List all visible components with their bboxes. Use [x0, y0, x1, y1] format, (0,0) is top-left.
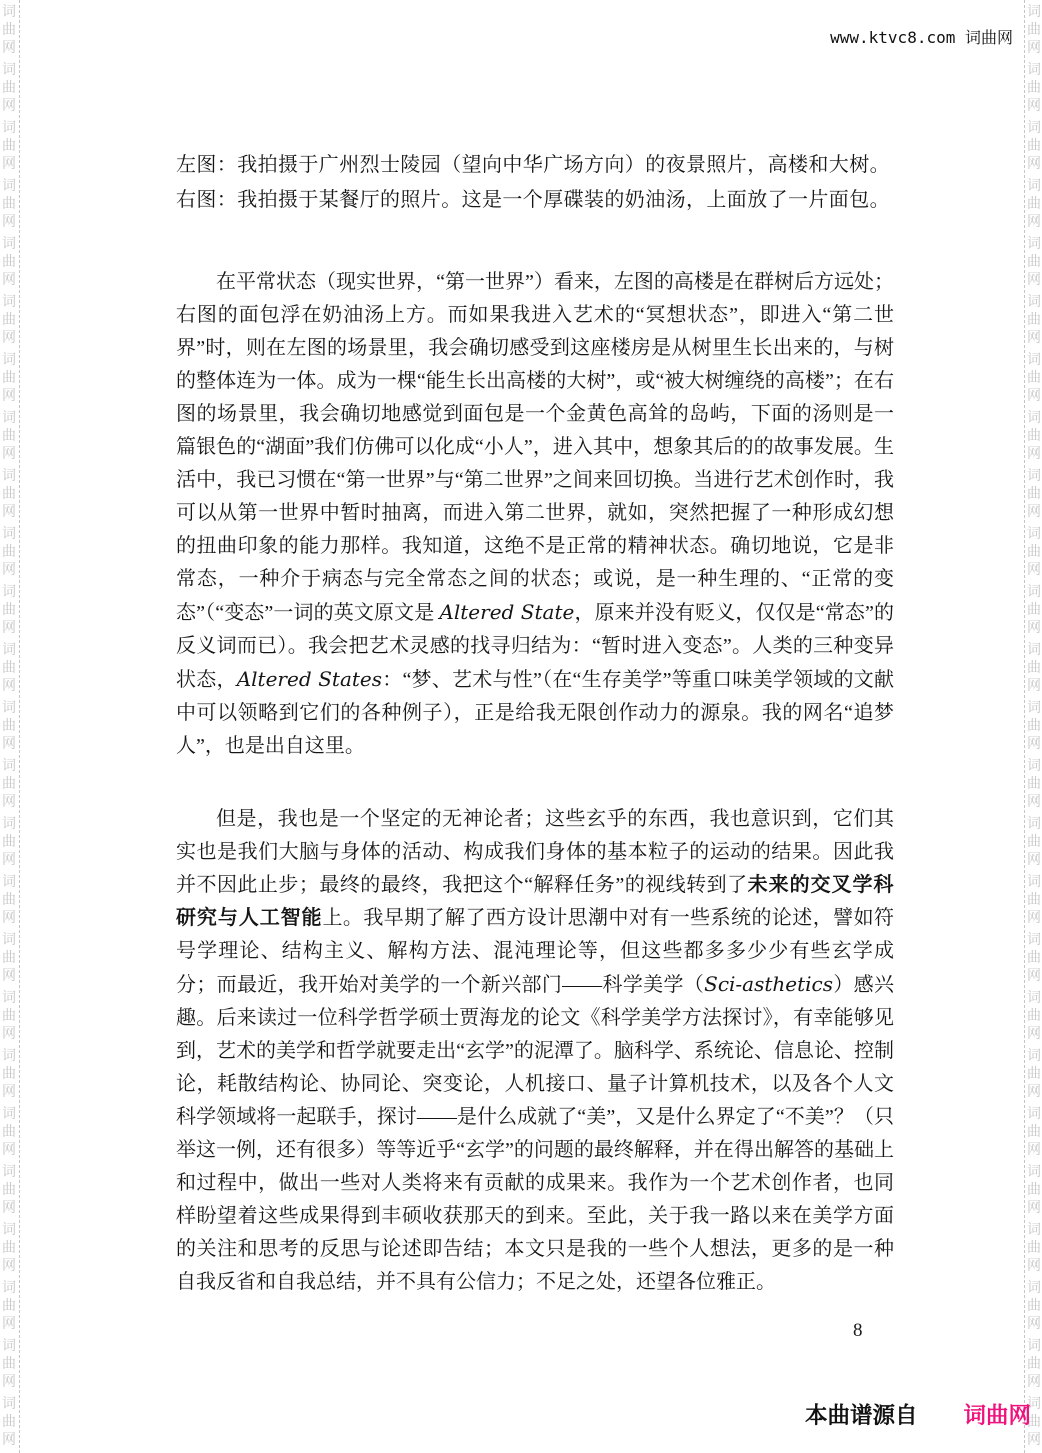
watermark-char: 曲	[1026, 542, 1042, 560]
watermark-char: 曲	[1, 368, 17, 386]
watermark-group: 词曲网	[1, 524, 17, 578]
watermark-char: 词	[1026, 698, 1042, 716]
watermark-group: 词曲网	[1, 930, 17, 984]
watermark-char: 网	[1026, 560, 1042, 578]
watermark-char: 曲	[1026, 78, 1042, 96]
watermark-char: 曲	[1026, 832, 1042, 850]
watermark-char: 曲	[1, 310, 17, 328]
watermark-char: 曲	[1, 1354, 17, 1372]
watermark-char: 曲	[1026, 600, 1042, 618]
watermark-group: 词曲网	[1026, 1336, 1042, 1390]
watermark-char: 词	[1026, 176, 1042, 194]
watermark-char: 词	[1, 1278, 17, 1296]
watermark-char: 网	[1026, 1430, 1042, 1448]
watermark-char: 网	[1, 560, 17, 578]
watermark-char: 曲	[1026, 252, 1042, 270]
watermark-char: 曲	[1026, 1354, 1042, 1372]
watermark-char: 网	[1, 1314, 17, 1332]
watermark-group: 词曲网	[1, 2, 17, 56]
watermark-char: 曲	[1, 194, 17, 212]
watermark-group: 词曲网	[1026, 814, 1042, 868]
watermark-group: 词曲网	[1, 466, 17, 520]
watermark-group: 词曲网	[1, 1162, 17, 1216]
watermark-char: 曲	[1026, 1238, 1042, 1256]
watermark-char: 词	[1, 1104, 17, 1122]
watermark-char: 曲	[1, 1180, 17, 1198]
watermark-group: 词曲网	[1, 698, 17, 752]
watermark-char: 网	[1026, 850, 1042, 868]
watermark-char: 曲	[1, 426, 17, 444]
watermark-char: 词	[1, 1336, 17, 1354]
watermark-char: 网	[1, 966, 17, 984]
watermark-group: 词曲网	[1026, 756, 1042, 810]
watermark-group: 词曲网	[1, 350, 17, 404]
watermark-char: 网	[1, 1430, 17, 1448]
watermark-char: 曲	[1, 890, 17, 908]
watermark-group: 词曲网	[1, 1336, 17, 1390]
watermark-char: 网	[1026, 966, 1042, 984]
watermark-char: 曲	[1026, 194, 1042, 212]
watermark-char: 曲	[1, 1238, 17, 1256]
watermark-group: 词曲网	[1026, 60, 1042, 114]
watermark-char: 词	[1, 176, 17, 194]
text-segment: ）感兴趣。后来读过一位科学哲学硕士贾海龙的论文《科学美学方法探讨》，有幸能够见到…	[176, 974, 894, 1293]
watermark-char: 曲	[1, 832, 17, 850]
watermark-group: 词曲网	[1026, 350, 1042, 404]
watermark-char: 网	[1026, 1198, 1042, 1216]
watermark-char: 曲	[1, 542, 17, 560]
italic-text-segment: Altered States	[237, 667, 382, 691]
watermark-char: 词	[1026, 814, 1042, 832]
watermark-group: 词曲网	[1026, 582, 1042, 636]
watermark-char: 网	[1026, 328, 1042, 346]
watermark-group: 词曲网	[1, 1104, 17, 1158]
watermark-char: 词	[1026, 1104, 1042, 1122]
watermark-char: 曲	[1026, 1180, 1042, 1198]
watermark-char: 词	[1026, 118, 1042, 136]
watermark-char: 词	[1, 1162, 17, 1180]
watermark-char: 曲	[1, 136, 17, 154]
watermark-char: 曲	[1, 600, 17, 618]
watermark-char: 词	[1026, 640, 1042, 658]
watermark-char: 词	[1026, 930, 1042, 948]
caption-line-right-figure: 右图：我拍摄于某餐厅的照片。这是一个厚碟装的奶油汤，上面放了一片面包。	[176, 183, 894, 218]
footer: 本曲谱源自 词曲网	[805, 1398, 1031, 1430]
watermark-char: 词	[1026, 292, 1042, 310]
caption-line-left-figure: 左图：我拍摄于广州烈士陵园（望向中华广场方向）的夜景照片，高楼和大树。	[176, 148, 894, 183]
watermark-char: 网	[1, 328, 17, 346]
watermark-char: 网	[1, 1082, 17, 1100]
watermark-group: 词曲网	[1, 756, 17, 810]
watermark-group: 词曲网	[1, 640, 17, 694]
watermark-column-left: 词曲网词曲网词曲网词曲网词曲网词曲网词曲网词曲网词曲网词曲网词曲网词曲网词曲网词…	[1, 2, 17, 1453]
watermark-divider-left	[19, 0, 20, 1453]
watermark-char: 网	[1, 386, 17, 404]
watermark-char: 词	[1, 350, 17, 368]
watermark-group: 词曲网	[1026, 524, 1042, 578]
watermark-char: 词	[1, 466, 17, 484]
watermark-char: 网	[1026, 444, 1042, 462]
watermark-char: 网	[1026, 386, 1042, 404]
watermark-group: 词曲网	[1, 1278, 17, 1332]
watermark-char: 词	[1026, 1162, 1042, 1180]
watermark-char: 曲	[1026, 1064, 1042, 1082]
watermark-char: 词	[1, 698, 17, 716]
watermark-char: 词	[1, 524, 17, 542]
watermark-group: 词曲网	[1026, 408, 1042, 462]
watermark-group: 词曲网	[1, 1220, 17, 1274]
watermark-group: 词曲网	[1026, 118, 1042, 172]
italic-text-segment: Sci-asthetics	[704, 972, 833, 996]
watermark-char: 曲	[1026, 1122, 1042, 1140]
watermark-char: 网	[1026, 270, 1042, 288]
watermark-char: 曲	[1, 1412, 17, 1430]
watermark-char: 词	[1, 2, 17, 20]
watermark-group: 词曲网	[1, 60, 17, 114]
watermark-char: 网	[1026, 1140, 1042, 1158]
watermark-group: 词曲网	[1, 814, 17, 868]
watermark-char: 词	[1, 756, 17, 774]
watermark-group: 词曲网	[1026, 698, 1042, 752]
watermark-char: 词	[1026, 524, 1042, 542]
watermark-char: 曲	[1, 78, 17, 96]
watermark-char: 词	[1026, 1046, 1042, 1064]
watermark-char: 词	[1026, 988, 1042, 1006]
watermark-char: 曲	[1, 1006, 17, 1024]
watermark-char: 网	[1, 1256, 17, 1274]
watermark-char: 词	[1, 408, 17, 426]
watermark-char: 词	[1026, 756, 1042, 774]
watermark-group: 词曲网	[1026, 292, 1042, 346]
watermark-char: 曲	[1, 252, 17, 270]
watermark-group: 词曲网	[1026, 1162, 1042, 1216]
watermark-char: 网	[1, 1372, 17, 1390]
watermark-char: 曲	[1, 716, 17, 734]
watermark-char: 词	[1, 1046, 17, 1064]
watermark-char: 曲	[1026, 136, 1042, 154]
watermark-char: 词	[1026, 1278, 1042, 1296]
watermark-char: 词	[1, 60, 17, 78]
watermark-char: 曲	[1, 484, 17, 502]
watermark-group: 词曲网	[1026, 466, 1042, 520]
watermark-char: 网	[1, 154, 17, 172]
watermark-char: 曲	[1026, 716, 1042, 734]
watermark-char: 网	[1, 908, 17, 926]
watermark-char: 曲	[1, 948, 17, 966]
watermark-group: 词曲网	[1, 1046, 17, 1100]
watermark-group: 词曲网	[1026, 988, 1042, 1042]
watermark-char: 网	[1026, 1024, 1042, 1042]
footer-site-name: 词曲网	[964, 1398, 1032, 1430]
watermark-char: 网	[1, 502, 17, 520]
watermark-char: 网	[1026, 1314, 1042, 1332]
watermark-group: 词曲网	[1, 118, 17, 172]
watermark-char: 词	[1, 118, 17, 136]
watermark-group: 词曲网	[1, 988, 17, 1042]
watermark-char: 词	[1, 1220, 17, 1238]
watermark-group: 词曲网	[1, 1394, 17, 1448]
watermark-char: 网	[1, 444, 17, 462]
watermark-group: 词曲网	[1, 234, 17, 288]
watermark-char: 词	[1026, 2, 1042, 20]
watermark-char: 词	[1026, 466, 1042, 484]
watermark-char: 网	[1026, 1372, 1042, 1390]
watermark-char: 曲	[1026, 310, 1042, 328]
watermark-group: 词曲网	[1026, 1046, 1042, 1100]
watermark-group: 词曲网	[1026, 640, 1042, 694]
watermark-char: 曲	[1026, 1296, 1042, 1314]
watermark-group: 词曲网	[1026, 930, 1042, 984]
watermark-char: 网	[1026, 618, 1042, 636]
footer-source-label: 本曲谱源自	[805, 1398, 918, 1430]
watermark-char: 词	[1026, 350, 1042, 368]
watermark-group: 词曲网	[1, 408, 17, 462]
watermark-char: 词	[1, 814, 17, 832]
watermark-char: 网	[1, 212, 17, 230]
watermark-char: 网	[1, 96, 17, 114]
watermark-char: 曲	[1026, 484, 1042, 502]
watermark-char: 网	[1026, 96, 1042, 114]
watermark-char: 曲	[1, 1122, 17, 1140]
watermark-char: 词	[1, 988, 17, 1006]
watermark-char: 词	[1026, 60, 1042, 78]
watermark-column-right: 词曲网词曲网词曲网词曲网词曲网词曲网词曲网词曲网词曲网词曲网词曲网词曲网词曲网词…	[1026, 2, 1042, 1453]
watermark-char: 曲	[1026, 774, 1042, 792]
watermark-char: 词	[1026, 234, 1042, 252]
watermark-group: 词曲网	[1026, 1278, 1042, 1332]
watermark-char: 词	[1, 640, 17, 658]
watermark-char: 词	[1, 292, 17, 310]
watermark-char: 网	[1, 270, 17, 288]
watermark-group: 词曲网	[1026, 2, 1042, 56]
watermark-char: 曲	[1026, 1006, 1042, 1024]
watermark-char: 网	[1, 792, 17, 810]
watermark-char: 网	[1, 1024, 17, 1042]
watermark-char: 词	[1, 582, 17, 600]
italic-text-segment: Altered State	[439, 600, 574, 624]
watermark-divider-right	[1024, 0, 1025, 1453]
watermark-group: 词曲网	[1, 872, 17, 926]
watermark-group: 词曲网	[1, 292, 17, 346]
watermark-char: 网	[1026, 792, 1042, 810]
watermark-char: 词	[1, 872, 17, 890]
watermark-group: 词曲网	[1026, 176, 1042, 230]
watermark-group: 词曲网	[1026, 1220, 1042, 1274]
watermark-group: 词曲网	[1, 582, 17, 636]
watermark-group: 词曲网	[1026, 234, 1042, 288]
watermark-char: 网	[1026, 1256, 1042, 1274]
watermark-char: 网	[1, 1140, 17, 1158]
watermark-char: 网	[1, 1198, 17, 1216]
watermark-group: 词曲网	[1026, 1104, 1042, 1158]
watermark-char: 词	[1026, 1220, 1042, 1238]
watermark-char: 网	[1026, 212, 1042, 230]
watermark-char: 曲	[1, 658, 17, 676]
site-header-text: www.ktvc8.com 词曲网	[830, 25, 1013, 48]
watermark-char: 曲	[1026, 426, 1042, 444]
document-page: 词曲网词曲网词曲网词曲网词曲网词曲网词曲网词曲网词曲网词曲网词曲网词曲网词曲网词…	[0, 0, 1042, 1453]
watermark-char: 曲	[1026, 368, 1042, 386]
watermark-char: 网	[1026, 1082, 1042, 1100]
watermark-char: 网	[1, 734, 17, 752]
document-content: 左图：我拍摄于广州烈士陵园（望向中华广场方向）的夜景照片，高楼和大树。 右图：我…	[176, 148, 894, 1299]
watermark-char: 网	[1, 618, 17, 636]
watermark-group: 词曲网	[1026, 872, 1042, 926]
watermark-group: 词曲网	[1, 176, 17, 230]
watermark-char: 网	[1026, 676, 1042, 694]
page-number: 8	[853, 1320, 863, 1342]
watermark-char: 网	[1026, 908, 1042, 926]
watermark-char: 词	[1026, 582, 1042, 600]
watermark-char: 网	[1026, 38, 1042, 56]
watermark-char: 网	[1, 676, 17, 694]
watermark-char: 词	[1, 234, 17, 252]
watermark-char: 曲	[1026, 658, 1042, 676]
watermark-char: 词	[1, 930, 17, 948]
body-paragraph-1: 在平常状态（现实世界，“第一世界”）看来，左图的高楼是在群树后方远处；右图的面包…	[176, 266, 894, 763]
watermark-char: 网	[1, 38, 17, 56]
watermark-char: 词	[1026, 408, 1042, 426]
watermark-char: 曲	[1026, 890, 1042, 908]
watermark-char: 曲	[1, 1296, 17, 1314]
watermark-char: 词	[1026, 1336, 1042, 1354]
watermark-char: 词	[1026, 872, 1042, 890]
text-segment: 在平常状态（现实世界，“第一世界”）看来，左图的高楼是在群树后方远处；右图的面包…	[176, 271, 894, 624]
body-paragraph-2: 但是，我也是一个坚定的无神论者；这些玄乎的东西，我也意识到，它们其实也是我们大脑…	[176, 803, 894, 1299]
watermark-char: 曲	[1026, 20, 1042, 38]
watermark-char: 曲	[1, 774, 17, 792]
watermark-char: 网	[1, 850, 17, 868]
watermark-char: 曲	[1, 1064, 17, 1082]
watermark-char: 网	[1026, 734, 1042, 752]
watermark-char: 曲	[1026, 948, 1042, 966]
watermark-char: 网	[1026, 502, 1042, 520]
watermark-char: 曲	[1, 20, 17, 38]
watermark-char: 词	[1, 1394, 17, 1412]
watermark-char: 网	[1026, 154, 1042, 172]
